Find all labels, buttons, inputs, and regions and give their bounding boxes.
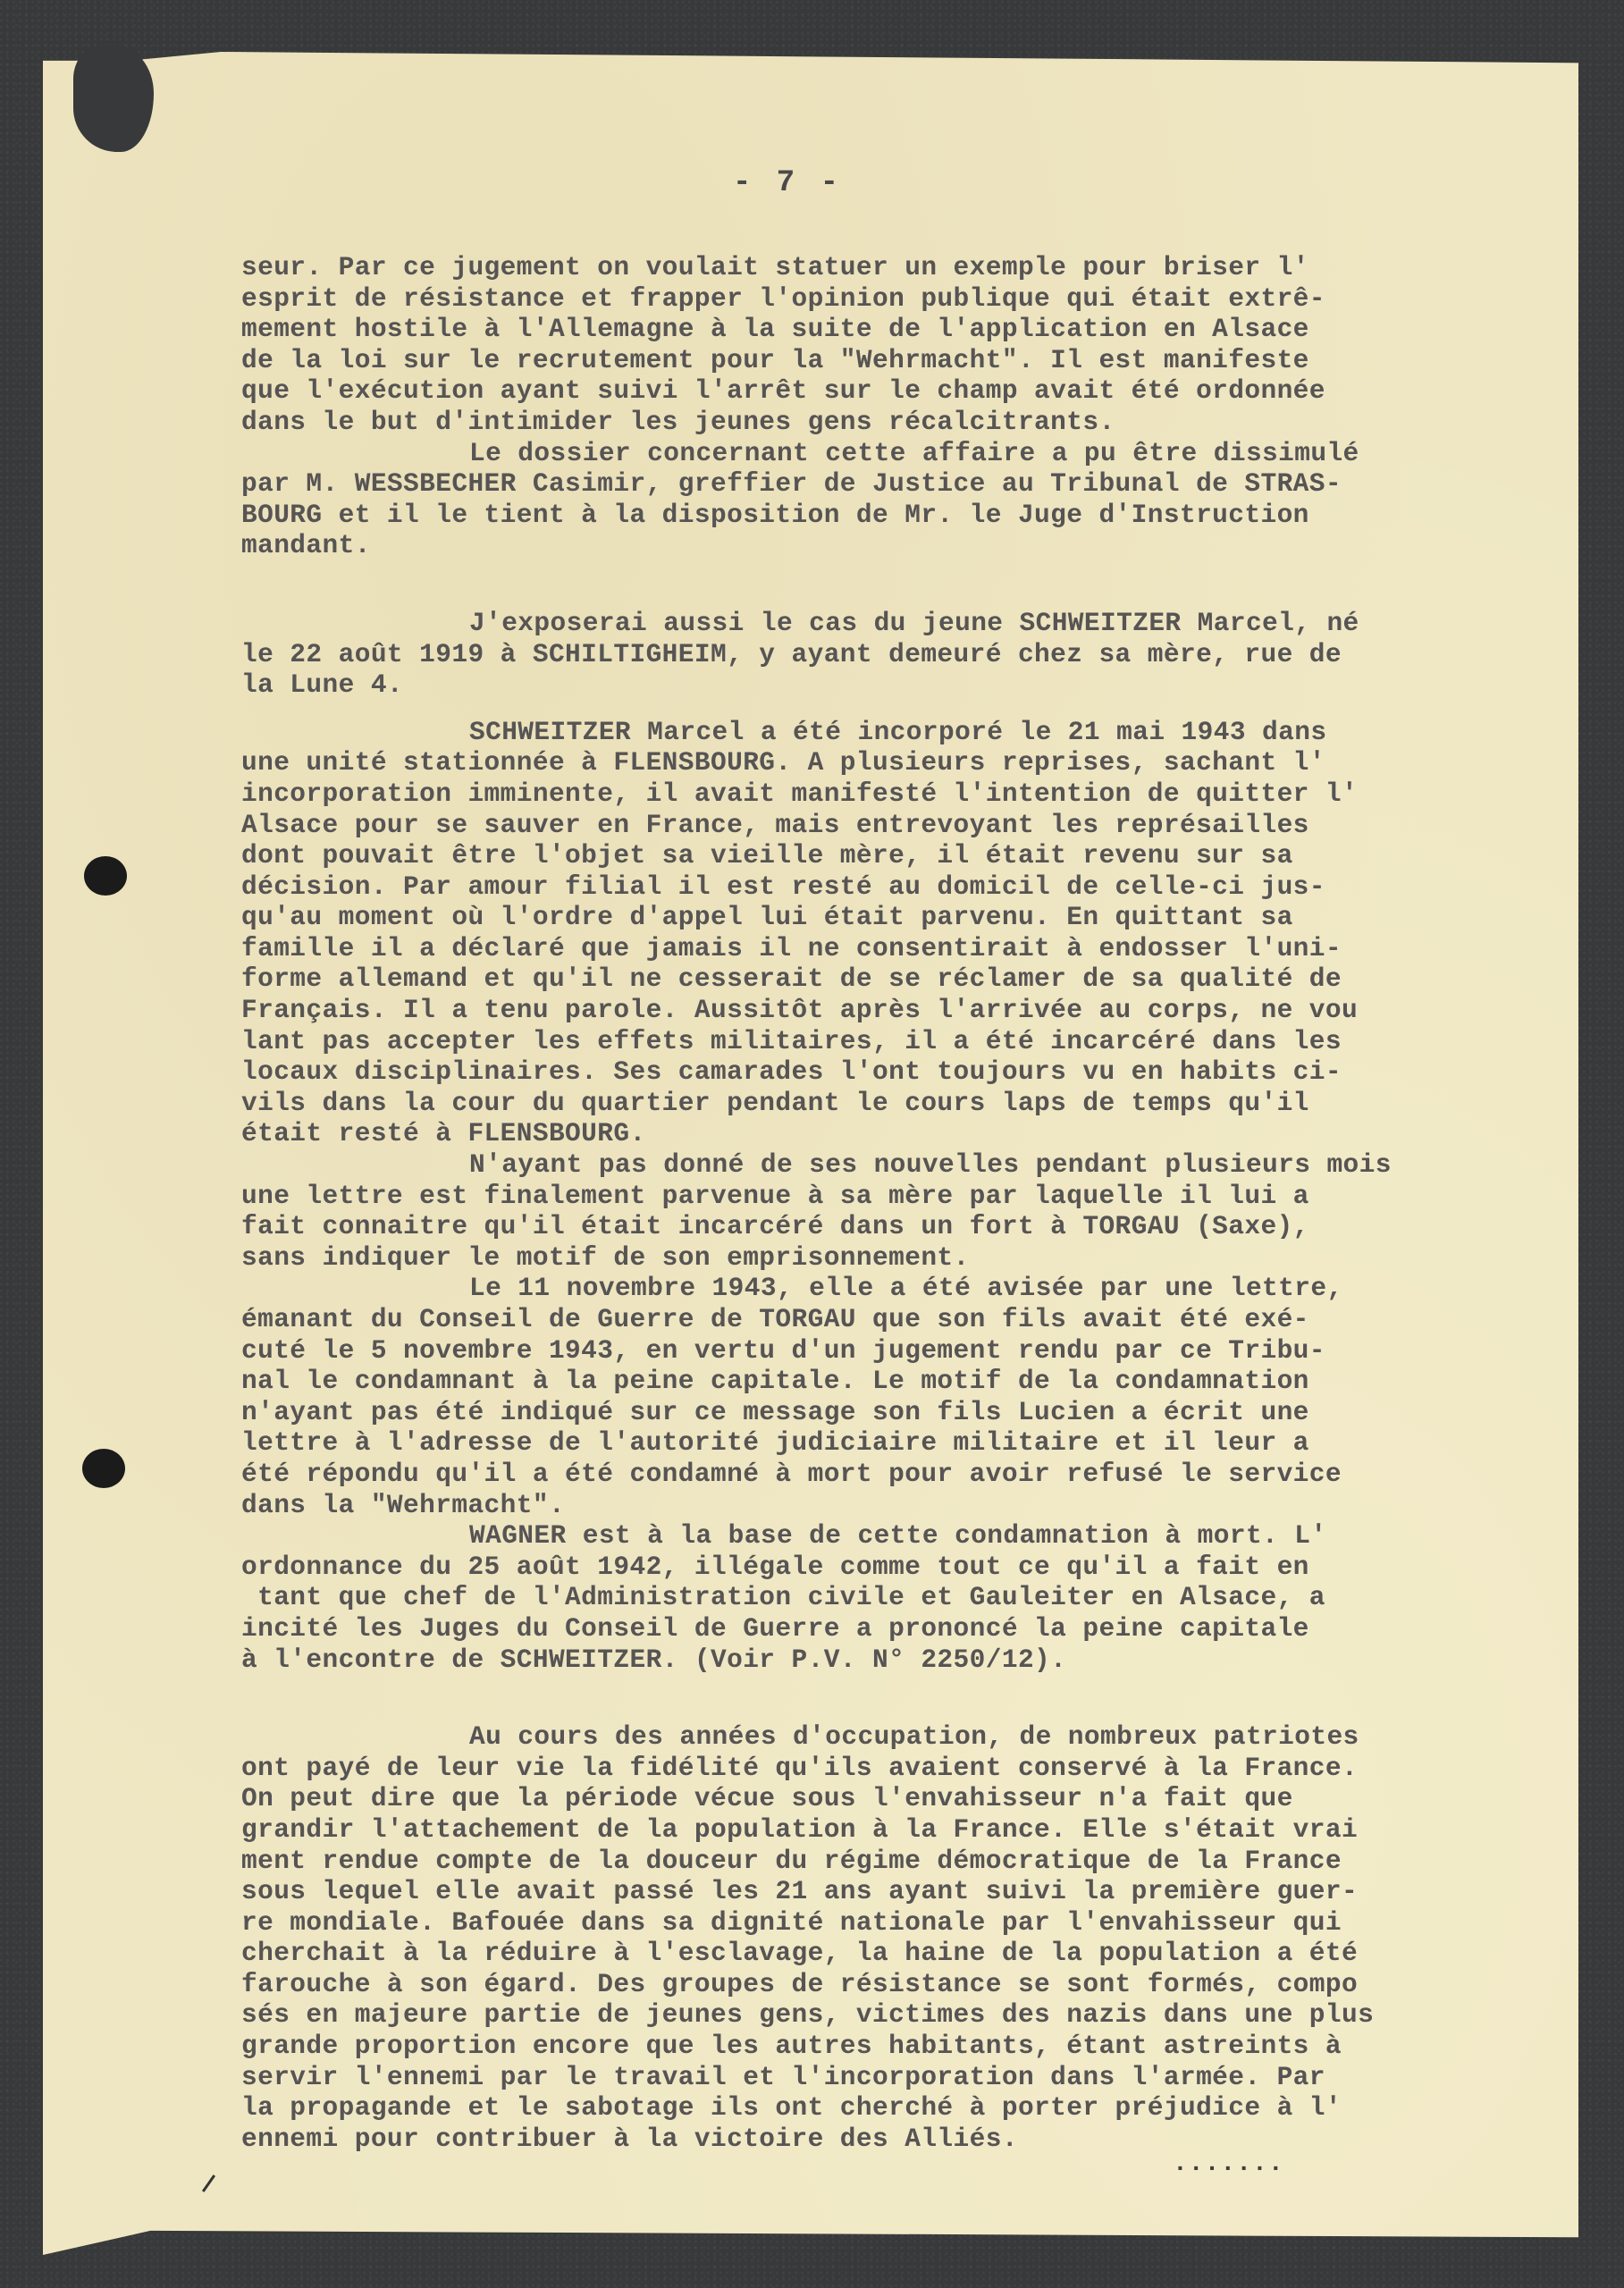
text-line: Alsace pour se sauver en France, mais en…	[241, 810, 1546, 841]
text-line: à l'encontre de SCHWEITZER. (Voir P.V. N…	[241, 1644, 1546, 1676]
text-line: par M. WESSBECHER Casimir, greffier de J…	[241, 468, 1546, 500]
text-line: une unité stationnée à FLENSBOURG. A plu…	[241, 747, 1546, 778]
text-line: était resté à FLENSBOURG.	[241, 1118, 1546, 1149]
text-line: ennemi pour contribuer à la victoire des…	[241, 2124, 1546, 2155]
text-line: de la loi sur le recrutement pour la "We…	[241, 345, 1546, 376]
text-line: SCHWEITZER Marcel a été incorporé le 21 …	[241, 717, 1546, 748]
page-number: - 7 -	[733, 166, 842, 200]
text-line: sous lequel elle avait passé les 21 ans …	[241, 1876, 1546, 1907]
text-line: la propagande et le sabotage ils ont che…	[241, 2092, 1546, 2124]
paragraph: Le 11 novembre 1943, elle a été avisée p…	[241, 1273, 1546, 1520]
text-line: Français. Il a tenu parole. Aussitôt apr…	[241, 995, 1546, 1026]
paragraph: J'exposerai aussi le cas du jeune SCHWEI…	[241, 608, 1546, 701]
punch-hole-bottom	[82, 1449, 125, 1488]
text-line: incorporation imminente, il avait manife…	[241, 778, 1546, 810]
paragraph: N'ayant pas donné de ses nouvelles penda…	[241, 1149, 1546, 1273]
text-line: vils dans la cour du quartier pendant le…	[241, 1088, 1546, 1119]
text-line: ordonnance du 25 août 1942, illégale com…	[241, 1552, 1546, 1583]
text-line: décision. Par amour filial il est resté …	[241, 871, 1546, 903]
text-line: mement hostile à l'Allemagne à la suite …	[241, 314, 1546, 345]
text-line: On peut dire que la période vécue sous l…	[241, 1783, 1546, 1814]
text-line: esprit de résistance et frapper l'opinio…	[241, 283, 1546, 315]
text-line: fait connaitre qu'il était incarcéré dan…	[241, 1211, 1546, 1242]
text-line: ont payé de leur vie la fidélité qu'ils …	[241, 1753, 1546, 1784]
text-line: le 22 août 1919 à SCHILTIGHEIM, y ayant …	[241, 639, 1546, 670]
text-line: lettre à l'adresse de l'autorité judicia…	[241, 1427, 1546, 1459]
text-line: dont pouvait être l'objet sa vieille mèr…	[241, 840, 1546, 871]
text-line: famille il a déclaré que jamais il ne co…	[241, 933, 1546, 964]
text-line: WAGNER est à la base de cette condamnati…	[241, 1520, 1546, 1552]
text-line: ment rendue compte de la douceur du régi…	[241, 1846, 1546, 1877]
text-line: dans le but d'intimider les jeunes gens …	[241, 407, 1546, 438]
text-line: farouche à son égard. Des groupes de rés…	[241, 1969, 1546, 2000]
paragraph: WAGNER est à la base de cette condamnati…	[241, 1520, 1546, 1675]
text-line: grande proportion encore que les autres …	[241, 2031, 1546, 2062]
text-line: lant pas accepter les effets militaires,…	[241, 1026, 1546, 1057]
text-line: qu'au moment où l'ordre d'appel lui étai…	[241, 902, 1546, 933]
paragraph: Au cours des années d'occupation, de nom…	[241, 1721, 1546, 2154]
paragraph-gap	[241, 701, 1546, 717]
punch-hole-top	[84, 856, 127, 896]
text-line: N'ayant pas donné de ses nouvelles penda…	[241, 1149, 1546, 1181]
text-line: locaux disciplinaires. Ses camarades l'o…	[241, 1056, 1546, 1088]
text-line: une lettre est finalement parvenue à sa …	[241, 1181, 1546, 1212]
text-line: grandir l'attachement de la population à…	[241, 1814, 1546, 1846]
text-line: Au cours des années d'occupation, de nom…	[241, 1721, 1546, 1753]
text-line: cherchait à la réduire à l'esclavage, la…	[241, 1938, 1546, 1969]
text-line: incité les Juges du Conseil de Guerre a …	[241, 1613, 1546, 1644]
text-line: émanant du Conseil de Guerre de TORGAU q…	[241, 1304, 1546, 1335]
text-line: mandant.	[241, 530, 1546, 561]
text-line: re mondiale. Bafouée dans sa dignité nat…	[241, 1907, 1546, 1939]
text-line: tant que chef de l'Administration civile…	[241, 1582, 1546, 1613]
paragraph: SCHWEITZER Marcel a été incorporé le 21 …	[241, 717, 1546, 1149]
text-line: BOURG et il le tient à la disposition de…	[241, 500, 1546, 531]
paragraph-gap	[241, 561, 1546, 608]
text-line: été répondu qu'il a été condamné à mort …	[241, 1459, 1546, 1490]
text-line: n'ayant pas été indiqué sur ce message s…	[241, 1397, 1546, 1428]
text-line: seur. Par ce jugement on voulait statuer…	[241, 252, 1546, 283]
text-line: sés en majeure partie de jeunes gens, vi…	[241, 1999, 1546, 2031]
text-line: cuté le 5 novembre 1943, en vertu d'un j…	[241, 1335, 1546, 1367]
text-line: dans la "Wehrmacht".	[241, 1490, 1546, 1521]
paragraph: Le dossier concernant cette affaire a pu…	[241, 438, 1546, 561]
text-line: J'exposerai aussi le cas du jeune SCHWEI…	[241, 608, 1546, 639]
paragraph-gap	[241, 1675, 1546, 1721]
text-line: la Lune 4.	[241, 669, 1546, 701]
text-line: sans indiquer le motif de son emprisonne…	[241, 1242, 1546, 1274]
end-of-section-mark: .......	[1173, 2150, 1284, 2178]
text-line: Le dossier concernant cette affaire a pu…	[241, 438, 1546, 469]
text-line: nal le condamnant à la peine capitale. L…	[241, 1366, 1546, 1397]
document-body: seur. Par ce jugement on voulait statuer…	[241, 252, 1546, 2154]
text-line: forme allemand et qu'il ne cesserait de …	[241, 963, 1546, 995]
paragraph: seur. Par ce jugement on voulait statuer…	[241, 252, 1546, 438]
text-line: Le 11 novembre 1943, elle a été avisée p…	[241, 1273, 1546, 1304]
torn-corner	[73, 45, 154, 152]
text-line: que l'exécution ayant suivi l'arrêt sur …	[241, 375, 1546, 407]
text-line: servir l'ennemi par le travail et l'inco…	[241, 2062, 1546, 2093]
